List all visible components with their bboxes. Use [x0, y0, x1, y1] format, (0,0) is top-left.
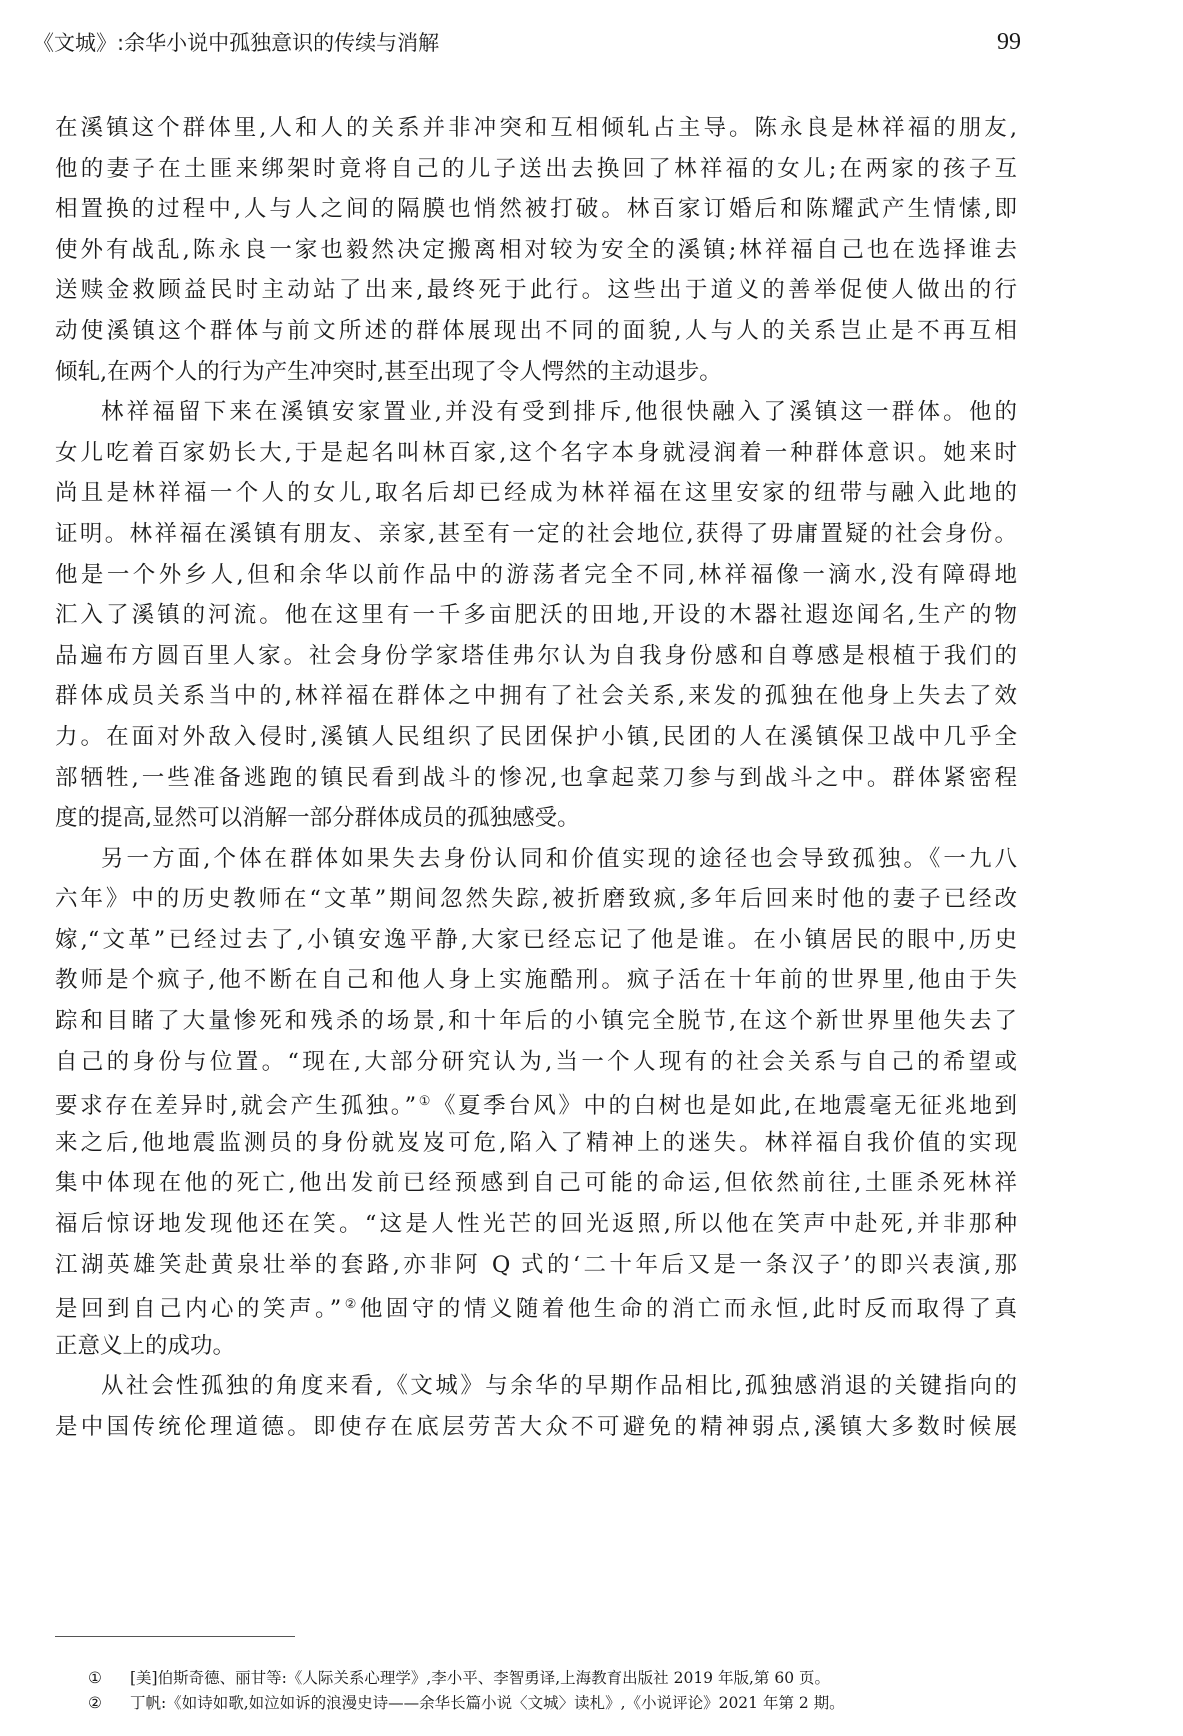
text-line: 是回到自己内心的笑声。”②他固守的情义随着他生命的消亡而永恒,此时反而取得了真 — [55, 1285, 1017, 1326]
footnote-item: ②丁帆:《如诗如歌,如泣如诉的浪漫史诗——余华长篇小说〈文城〉读札》,《小说评论… — [88, 1691, 988, 1716]
text-segment: 他固守的情义随着他生命的消亡而永恒,此时反而取得了真 — [360, 1296, 1017, 1322]
text-line: 证明。林祥福在溪镇有朋友、亲家,甚至有一定的社会地位,获得了毋庸置疑的社会身份。 — [55, 514, 1017, 555]
text-line: 从社会性孤独的角度来看,《文城》与余华的早期作品相比,孤独感消退的关键指向的 — [55, 1366, 1017, 1407]
text-line: 他是一个外乡人,但和余华以前作品中的游荡者完全不同,林祥福像一滴水,没有障碍地 — [55, 555, 1017, 596]
text-line: 部牺牲,一些准备逃跑的镇民看到战斗的惨况,也拿起菜刀参与到战斗之中。群体紧密程 — [55, 758, 1017, 799]
text-line: 正意义上的成功。 — [55, 1326, 1017, 1367]
text-line: 群体成员关系当中的,林祥福在群体之中拥有了社会关系,来发的孤独在他身上失去了效 — [55, 676, 1017, 717]
text-line: 林祥福留下来在溪镇安家置业,并没有受到排斥,他很快融入了溪镇这一群体。他的 — [55, 392, 1017, 433]
text-segment: 是回到自己内心的笑声。” — [55, 1296, 341, 1322]
footnote-text: 丁帆:《如诗如歌,如泣如诉的浪漫史诗——余华长篇小说〈文城〉读札》,《小说评论》… — [130, 1691, 845, 1716]
text-line: 使外有战乱,陈永良一家也毅然决定搬离相对较为安全的溪镇;林祥福自己也在选择谁去 — [55, 230, 1017, 271]
footnote-marker: ② — [88, 1691, 130, 1716]
text-line: 尚且是林祥福一个人的女儿,取名后却已经成为林祥福在这里安家的纽带与融入此地的 — [55, 473, 1017, 514]
text-line: 相置换的过程中,人与人之间的隔膜也悄然被打破。林百家订婚后和陈耀武产生情愫,即 — [55, 189, 1017, 230]
text-line: 嫁,“文革”已经过去了,小镇安逸平静,大家已经忘记了他是谁。在小镇居民的眼中,历… — [55, 920, 1017, 961]
text-line: 自己的身份与位置。“现在,大部分研究认为,当一个人现有的社会关系与自己的希望或 — [55, 1042, 1017, 1083]
body-text: 在溪镇这个群体里,人和人的关系并非冲突和互相倾轧占主导。陈永良是林祥福的朋友,他… — [55, 108, 1017, 1448]
footnote-item: ①[美]伯斯奇德、丽甘等:《人际关系心理学》,李小平、李智勇译,上海教育出版社 … — [88, 1666, 988, 1691]
text-line: 汇入了溪镇的河流。他在这里有一千多亩肥沃的田地,开设的木器社遐迩闻名,生产的物 — [55, 595, 1017, 636]
footnote-text: [美]伯斯奇德、丽甘等:《人际关系心理学》,李小平、李智勇译,上海教育出版社 2… — [130, 1666, 830, 1691]
text-line: 集中体现在他的死亡,他出发前已经预感到自己可能的命运,但依然前往,土匪杀死林祥 — [55, 1163, 1017, 1204]
text-line: 在溪镇这个群体里,人和人的关系并非冲突和互相倾轧占主导。陈永良是林祥福的朋友, — [55, 108, 1017, 149]
text-line: 踪和目睹了大量惨死和残杀的场景,和十年后的小镇完全脱节,在这个新世界里他失去了 — [55, 1001, 1017, 1042]
text-line: 江湖英雄笑赴黄泉壮举的套路,亦非阿 Q 式的‘二十年后又是一条汉子’的即兴表演,… — [55, 1245, 1017, 1286]
text-segment: 《夏季台风》中的白树也是如此,在地震毫无征兆地到 — [433, 1093, 1017, 1119]
footnote-divider — [55, 1636, 295, 1637]
text-line: 送赎金救顾益民时主动站了出来,最终死于此行。这些出于道义的善举促使人做出的行 — [55, 270, 1017, 311]
running-header: 《文城》:余华小说中孤独意识的传续与消解 99 — [33, 24, 1021, 60]
footnotes: ①[美]伯斯奇德、丽甘等:《人际关系心理学》,李小平、李智勇译,上海教育出版社 … — [88, 1666, 988, 1716]
text-line: 他的妻子在土匪来绑架时竟将自己的儿子送出去换回了林祥福的女儿;在两家的孩子互 — [55, 149, 1017, 190]
text-line: 六年》中的历史教师在“文革”期间忽然失踪,被折磨致疯,多年后回来时他的妻子已经改 — [55, 879, 1017, 920]
text-line: 福后惊讶地发现他还在笑。“这是人性光芒的回光返照,所以他在笑声中赴死,并非那种 — [55, 1204, 1017, 1245]
text-line: 来之后,他地震监测员的身份就岌岌可危,陷入了精神上的迷失。林祥福自我价值的实现 — [55, 1123, 1017, 1164]
text-line: 品遍布方圆百里人家。社会身份学家塔佳弗尔认为自我身份感和自尊感是根植于我们的 — [55, 636, 1017, 677]
text-line: 度的提高,显然可以消解一部分群体成员的孤独感受。 — [55, 798, 1017, 839]
text-line: 女儿吃着百家奶长大,于是起名叫林百家,这个名字本身就浸润着一种群体意识。她来时 — [55, 433, 1017, 474]
footnote-reference[interactable]: ① — [416, 1094, 433, 1109]
footnote-marker: ① — [88, 1666, 130, 1691]
text-line: 力。在面对外敌入侵时,溪镇人民组织了民团保护小镇,民团的人在溪镇保卫战中几乎全 — [55, 717, 1017, 758]
text-segment: 要求存在差异时,就会产生孤独。” — [55, 1093, 416, 1119]
footnote-reference[interactable]: ② — [341, 1297, 360, 1312]
text-line: 倾轧,在两个人的行为产生冲突时,甚至出现了令人愕然的主动退步。 — [55, 352, 1017, 393]
text-line: 是中国传统伦理道德。即使存在底层劳苦大众不可避免的精神弱点,溪镇大多数时候展 — [55, 1407, 1017, 1448]
running-title: 《文城》:余华小说中孤独意识的传续与消解 — [33, 27, 439, 57]
text-line: 另一方面,个体在群体如果失去身份认同和价值实现的途径也会导致孤独。《一九八 — [55, 839, 1017, 880]
text-line: 教师是个疯子,他不断在自己和他人身上实施酷刑。疯子活在十年前的世界里,他由于失 — [55, 960, 1017, 1001]
text-line: 动使溪镇这个群体与前文所述的群体展现出不同的面貌,人与人的关系岂止是不再互相 — [55, 311, 1017, 352]
page-number: 99 — [997, 29, 1021, 56]
text-line: 要求存在差异时,就会产生孤独。”①《夏季台风》中的白树也是如此,在地震毫无征兆地… — [55, 1082, 1017, 1123]
